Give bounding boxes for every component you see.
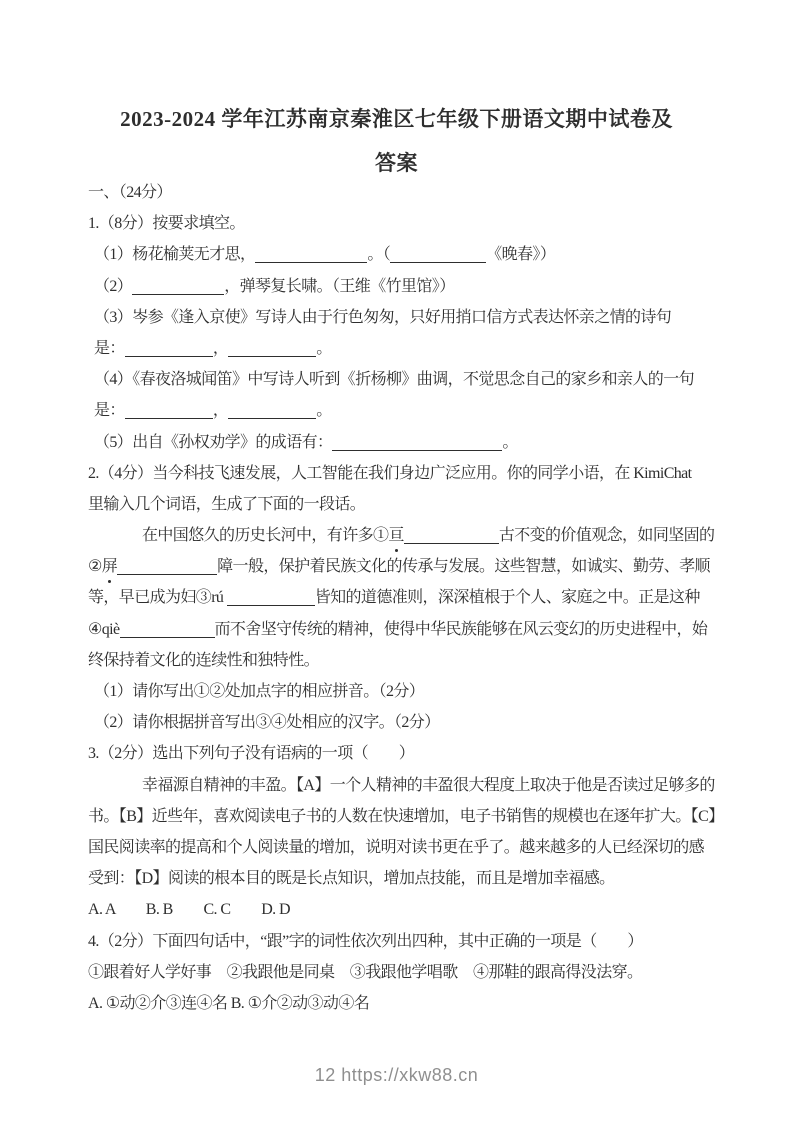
text-run: 而不舍坚守传统的精神，使得中华民族能够在风云变幻的历史进程中，始	[215, 621, 708, 638]
text-run: 国民阅读率的提高和个人阅读量的增加，说明对读书更在乎了。越来越多的人已经深切的感	[88, 839, 704, 856]
exam-paper-page: 2023-2024 学年江苏南京秦淮区七年级下册语文期中试卷及 答案 一、（24…	[0, 0, 793, 1122]
doc-line: 在中国悠久的历史长河中，有许多①亘古不变的价值观念，如同坚固的	[88, 520, 712, 551]
document-body: 一、（24分）1.（8分）按要求填空。（1）杨花榆荚无才思，。（《晚春》）（2）…	[88, 177, 712, 1019]
text-run: 。（	[367, 246, 390, 263]
text-run: ①跟着好人学好事 ②我跟他是同桌 ③我跟他学唱歌 ④那鞋的跟高得没法穿。	[88, 964, 642, 981]
doc-line: A. ①动②介③连④名 B. ①介②动③动④名	[88, 988, 712, 1019]
doc-line: 终保持着文化的连续性和独特性。	[88, 645, 712, 676]
text-run: 是：	[94, 402, 125, 419]
text-run: （5）出自《孙权劝学》的成语有：	[94, 434, 332, 451]
blank-underline	[227, 589, 315, 606]
doc-line: A. A B. B C. C D. D	[88, 894, 712, 925]
doc-line: ②屏障一般，保护着民族文化的传承与发展。这些智慧，如诚实、勤劳、孝顺	[88, 551, 712, 582]
doc-line: 1.（8分）按要求填空。	[88, 208, 712, 239]
text-run: 在中国悠久的历史长河中，有许多①	[142, 527, 388, 544]
text-run: 《晚春》）	[486, 246, 555, 263]
text-run: 3.（2分）选出下列句子没有语病的一项（ ）	[88, 745, 414, 762]
doc-line: （2）请你根据拼音写出③④处相应的汉字。（2分）	[88, 707, 712, 738]
doc-line: （3）岑参《逢入京使》写诗人由于行色匆匆，只好用捎口信方式表达怀亲之情的诗句	[88, 302, 712, 333]
doc-line: 一、（24分）	[88, 177, 712, 208]
doc-line: 幸福源自精神的丰盈。【A】一个人精神的丰盈很大程度上取决于他是否读过足够多的	[88, 770, 712, 801]
text-run: 书。【B】近些年，喜欢阅读电子书的人数在快速增加，电子书销售的规模也在逐年扩大。…	[88, 808, 724, 825]
emphasized-char: 亘	[388, 520, 403, 551]
text-run: 受到：【D】阅读的根本目的既是长点知识，增加点技能，而且是增加幸福感。	[88, 870, 615, 887]
blank-underline	[125, 340, 213, 357]
text-run: 皆知的道德准则，深深植根于个人、家庭之中。正是这种	[315, 589, 700, 606]
text-run: 终保持着文化的连续性和独特性。	[88, 652, 319, 669]
text-run: 。	[316, 340, 331, 357]
doc-line: 3.（2分）选出下列句子没有语病的一项（ ）	[88, 738, 712, 769]
text-run: （4）《春夜洛城闻笛》中写诗人听到《折杨柳》曲调，不觉思念自己的家乡和亲人的一句	[94, 371, 694, 388]
text-run: 2.（4分）当今科技飞速发展，人工智能在我们身边广泛应用。你的同学小语，在 Ki…	[88, 465, 692, 482]
blank-underline	[390, 246, 486, 263]
doc-line: 4.（2分）下面四句话中，“跟”字的词性依次列出四种，其中正确的一项是（ ）	[88, 926, 712, 957]
text-run: 一、（24分）	[88, 184, 172, 201]
doc-line: 是：，。	[88, 333, 712, 364]
doc-line: ①跟着好人学好事 ②我跟他是同桌 ③我跟他学唱歌 ④那鞋的跟高得没法穿。	[88, 957, 712, 988]
doc-line: （5）出自《孙权劝学》的成语有：。	[88, 427, 712, 458]
text-run: ，	[213, 402, 228, 419]
text-run: 是：	[94, 340, 125, 357]
emphasized-char: 屏	[102, 551, 117, 582]
doc-line: 国民阅读率的提高和个人阅读量的增加，说明对读书更在乎了。越来越多的人已经深切的感	[88, 832, 712, 863]
text-run: 4.（2分）下面四句话中，“跟”字的词性依次列出四种，其中正确的一项是（ ）	[88, 933, 643, 950]
blank-underline	[132, 278, 224, 295]
blank-underline	[125, 402, 213, 419]
page-title: 2023-2024 学年江苏南京秦淮区七年级下册语文期中试卷及 答案	[40, 97, 753, 185]
text-run: ④qiè	[88, 621, 120, 638]
text-run: ，	[213, 340, 228, 357]
text-run: 古不变的价值观念，如同坚固的	[499, 527, 715, 544]
page-title-line-1: 2023-2024 学年江苏南京秦淮区七年级下册语文期中试卷及	[40, 97, 753, 141]
doc-line: （1）请你写出①②处加点字的相应拼音。（2分）	[88, 676, 712, 707]
text-run: ②	[88, 558, 102, 575]
doc-line: 2.（4分）当今科技飞速发展，人工智能在我们身边广泛应用。你的同学小语，在 Ki…	[88, 458, 712, 489]
text-run: 等，早已成为妇③rú	[88, 589, 227, 606]
doc-line: （1）杨花榆荚无才思，。（《晚春》）	[88, 239, 712, 270]
doc-line: 书。【B】近些年，喜欢阅读电子书的人数在快速增加，电子书销售的规模也在逐年扩大。…	[88, 801, 712, 832]
blank-underline	[255, 246, 367, 263]
text-run: 。	[502, 434, 517, 451]
text-run: 。	[316, 402, 331, 419]
doc-line: （2），弹琴复长啸。（王维《竹里馆》）	[88, 271, 712, 302]
text-run: 里输入几个词语，生成了下面的一段话。	[88, 496, 365, 513]
doc-line: （4）《春夜洛城闻笛》中写诗人听到《折杨柳》曲调，不觉思念自己的家乡和亲人的一句	[88, 364, 712, 395]
text-run: A. ①动②介③连④名 B. ①介②动③动④名	[88, 995, 369, 1012]
blank-underline	[117, 558, 217, 575]
blank-underline	[332, 434, 502, 451]
text-run: （3）岑参《逢入京使》写诗人由于行色匆匆，只好用捎口信方式表达怀亲之情的诗句	[94, 309, 671, 326]
text-run: （2）请你根据拼音写出③④处相应的汉字。（2分）	[94, 714, 440, 731]
blank-underline	[404, 527, 499, 544]
footer-watermark: 12 https://xkw88.cn	[0, 1063, 793, 1087]
doc-line: 受到：【D】阅读的根本目的既是长点知识，增加点技能，而且是增加幸福感。	[88, 863, 712, 894]
text-run: （1）杨花榆荚无才思，	[94, 246, 255, 263]
doc-line: 等，早已成为妇③rú 皆知的道德准则，深深植根于个人、家庭之中。正是这种	[88, 582, 712, 613]
text-run: 障一般，保护着民族文化的传承与发展。这些智慧，如诚实、勤劳、孝顺	[217, 558, 710, 575]
blank-underline	[120, 621, 215, 638]
blank-underline	[228, 402, 316, 419]
text-run: ，弹琴复长啸。（王维《竹里馆》）	[224, 278, 454, 295]
text-run: （1）请你写出①②处加点字的相应拼音。（2分）	[94, 683, 424, 700]
text-run: （2）	[94, 278, 132, 295]
doc-line: 里输入几个词语，生成了下面的一段话。	[88, 489, 712, 520]
text-run: A. A B. B C. C D. D	[88, 901, 290, 918]
doc-line: 是：，。	[88, 395, 712, 426]
blank-underline	[228, 340, 316, 357]
doc-line: ④qiè而不舍坚守传统的精神，使得中华民族能够在风云变幻的历史进程中，始	[88, 614, 712, 645]
text-run: 幸福源自精神的丰盈。【A】一个人精神的丰盈很大程度上取决于他是否读过足够多的	[142, 777, 715, 794]
text-run: 1.（8分）按要求填空。	[88, 215, 245, 232]
